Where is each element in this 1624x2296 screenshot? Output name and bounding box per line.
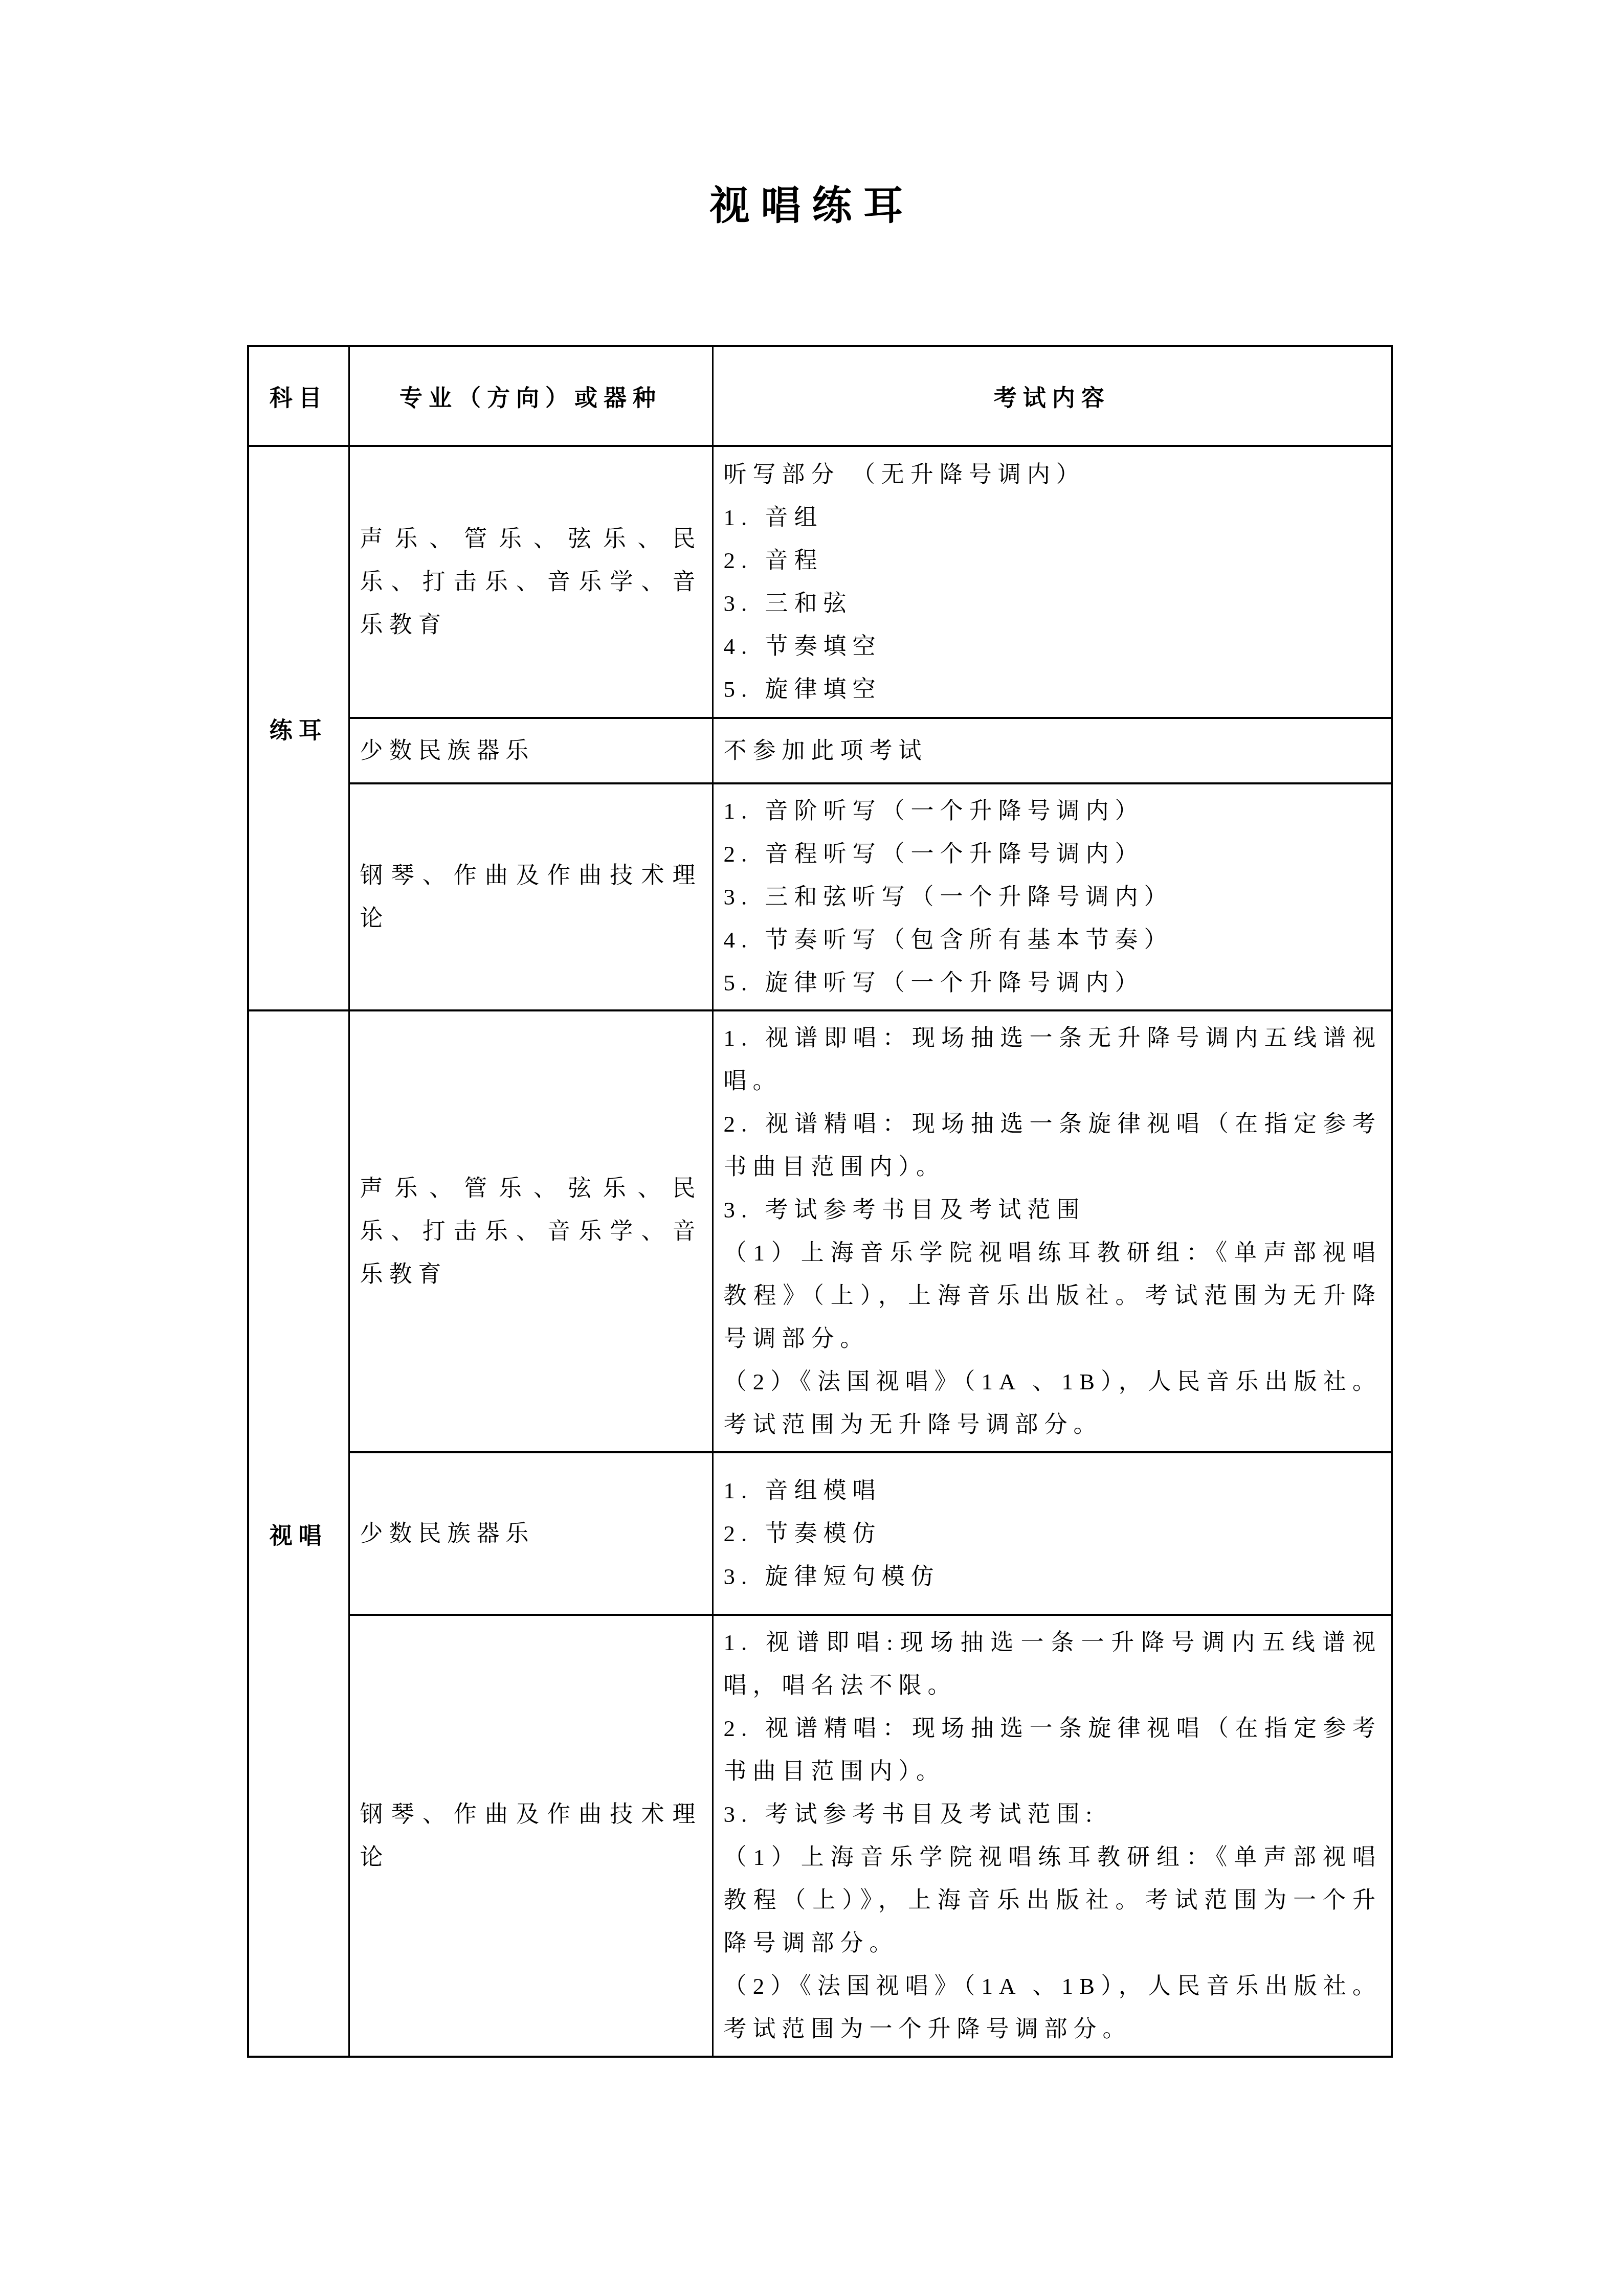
col-header-subject: 科目 — [248, 346, 349, 446]
table-row: 少数民族器乐 1. 音组模唱 2. 节奏模仿 3. 旋律短句模仿 — [248, 1452, 1392, 1615]
table-row: 钢琴、作曲及作曲技术理论 1. 音阶听写（一个升降号调内） 2. 音程听写（一个… — [248, 783, 1392, 1010]
content-line: 听写部分 （无升降号调内） — [724, 453, 1382, 496]
subject-cell-ear-training: 练耳 — [248, 446, 349, 1010]
content-paragraph: 3. 考试参考书目及考试范围: — [724, 1793, 1382, 1836]
content-cell: 1. 视谱即唱：现场抽选一条无升降号调内五线谱视唱。 2. 视谱精唱：现场抽选一… — [713, 1010, 1392, 1452]
content-paragraph: （1）上海音乐学院视唱练耳教研组：《单声部视唱教程（上）》，上海音乐出版社。考试… — [724, 1836, 1382, 1965]
content-line: 2. 音程听写（一个升降号调内） — [724, 832, 1382, 875]
subject-cell-sight-singing: 视唱 — [248, 1010, 349, 2057]
content-paragraph: 1. 视谱即唱:现场抽选一条一升降号调内五线谱视唱，唱名法不限。 — [724, 1621, 1382, 1707]
content-paragraph: 1. 视谱即唱：现场抽选一条无升降号调内五线谱视唱。 — [724, 1017, 1382, 1102]
content-line: 5. 旋律听写（一个升降号调内） — [724, 961, 1382, 1004]
content-paragraph: 3. 考试参考书目及考试范围 — [724, 1188, 1382, 1231]
table-row: 练耳 声乐、管乐、弦乐、民乐、打击乐、音乐学、音乐教育 听写部分 （无升降号调内… — [248, 446, 1392, 718]
content-line: 不参加此项考试 — [724, 729, 1382, 772]
content-line: 2. 节奏模仿 — [724, 1512, 1382, 1555]
col-header-content: 考试内容 — [713, 346, 1392, 446]
content-line: 3. 三和弦听写（一个升降号调内） — [724, 875, 1382, 918]
content-line: 3. 三和弦 — [724, 582, 1382, 625]
content-line: 1. 音组 — [724, 496, 1382, 539]
content-cell: 1. 视谱即唱:现场抽选一条一升降号调内五线谱视唱，唱名法不限。 2. 视谱精唱… — [713, 1615, 1392, 2057]
major-cell: 钢琴、作曲及作曲技术理论 — [349, 783, 713, 1010]
content-cell: 不参加此项考试 — [713, 718, 1392, 783]
table-header-row: 科目 专业（方向）或器种 考试内容 — [248, 346, 1392, 446]
content-line: 4. 节奏听写（包含所有基本节奏） — [724, 918, 1382, 961]
page-title: 视唱练耳 — [0, 0, 1624, 233]
content-line: 5. 旋律填空 — [724, 668, 1382, 711]
major-cell: 钢琴、作曲及作曲技术理论 — [349, 1615, 713, 2057]
content-paragraph: （1）上海音乐学院视唱练耳教研组：《单声部视唱教程》（上），上海音乐出版社。考试… — [724, 1231, 1382, 1360]
content-line: 4. 节奏填空 — [724, 625, 1382, 668]
major-cell: 声乐、管乐、弦乐、民乐、打击乐、音乐学、音乐教育 — [349, 1010, 713, 1452]
content-line: 1. 音阶听写（一个升降号调内） — [724, 790, 1382, 832]
content-cell: 1. 音组模唱 2. 节奏模仿 3. 旋律短句模仿 — [713, 1452, 1392, 1615]
table-row: 视唱 声乐、管乐、弦乐、民乐、打击乐、音乐学、音乐教育 1. 视谱即唱：现场抽选… — [248, 1010, 1392, 1452]
major-cell: 少数民族器乐 — [349, 718, 713, 783]
document-page: 视唱练耳 科目 专业（方向）或器种 考试内容 练耳 声乐、管乐、弦乐、民乐、打击… — [0, 0, 1624, 2296]
content-paragraph: 2. 视谱精唱：现场抽选一条旋律视唱（在指定参考书曲目范围内）。 — [724, 1102, 1382, 1188]
col-header-major: 专业（方向）或器种 — [349, 346, 713, 446]
content-paragraph: （2）《法国视唱》（1A 、1B），人民音乐出版社。考试范围为无升降号调部分。 — [724, 1360, 1382, 1446]
content-line: 3. 旋律短句模仿 — [724, 1555, 1382, 1598]
content-cell: 1. 音阶听写（一个升降号调内） 2. 音程听写（一个升降号调内） 3. 三和弦… — [713, 783, 1392, 1010]
table-row: 钢琴、作曲及作曲技术理论 1. 视谱即唱:现场抽选一条一升降号调内五线谱视唱，唱… — [248, 1615, 1392, 2057]
major-cell: 声乐、管乐、弦乐、民乐、打击乐、音乐学、音乐教育 — [349, 446, 713, 718]
content-paragraph: （2）《法国视唱》（1A 、1B），人民音乐出版社。考试范围为一个升降号调部分。 — [724, 1965, 1382, 2051]
table-row: 少数民族器乐 不参加此项考试 — [248, 718, 1392, 783]
major-cell: 少数民族器乐 — [349, 1452, 713, 1615]
content-line: 1. 音组模唱 — [724, 1469, 1382, 1512]
content-cell: 听写部分 （无升降号调内） 1. 音组 2. 音程 3. 三和弦 4. 节奏填空… — [713, 446, 1392, 718]
content-line: 2. 音程 — [724, 539, 1382, 582]
content-paragraph: 2. 视谱精唱：现场抽选一条旋律视唱（在指定参考书曲目范围内）。 — [724, 1707, 1382, 1793]
exam-table: 科目 专业（方向）或器种 考试内容 练耳 声乐、管乐、弦乐、民乐、打击乐、音乐学… — [247, 345, 1393, 2058]
